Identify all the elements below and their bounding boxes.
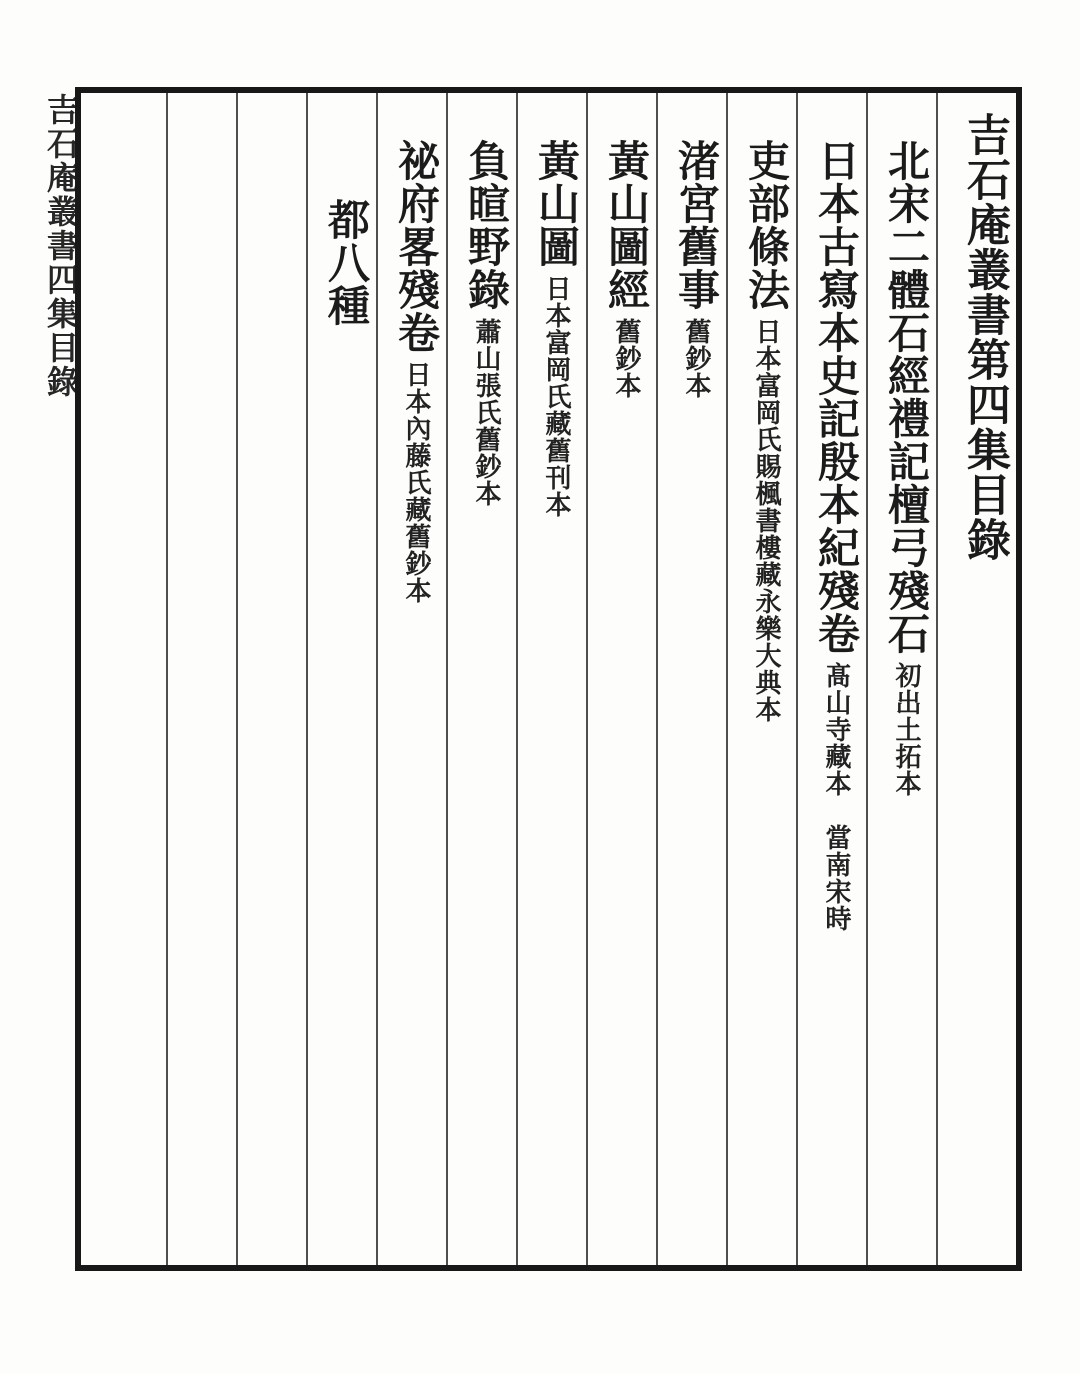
entry-note: 日本富岡氏賜楓書樓藏永樂大典本	[751, 318, 781, 723]
entry-title: 北宋二體石經禮記檀弓殘石	[882, 139, 931, 655]
toc-entry-column-6: 黃山圖日本富岡氏藏舊刊本	[516, 93, 586, 1265]
total-count-label: 都八種	[322, 198, 371, 327]
toc-entry-column-1: 北宋二體石經禮記檀弓殘石初出土拓本	[866, 93, 936, 1265]
entry-title: 吏部條法	[742, 139, 791, 311]
entry-title: 黃山圖	[532, 139, 581, 268]
toc-total-column: 都八種	[306, 93, 376, 1265]
entry-title: 黃山圖經	[602, 139, 651, 311]
scanned-page: 吉石庵叢書四集目錄 吉石庵叢書第四集目錄 北宋二體石經禮記檀弓殘石初出土拓本 日…	[0, 0, 1080, 1374]
toc-title: 吉石庵叢書第四集目錄	[959, 112, 1010, 562]
toc-header-column: 吉石庵叢書第四集目錄	[936, 93, 1016, 1265]
toc-entry-column-8: 祕府畧殘卷日本內藤氏藏舊鈔本	[376, 93, 446, 1265]
entry-note: 舊鈔本	[611, 318, 641, 399]
empty-column-3	[81, 93, 166, 1265]
toc-entry-column-3: 吏部條法日本富岡氏賜楓書樓藏永樂大典本	[726, 93, 796, 1265]
empty-column-2	[166, 93, 236, 1265]
entry-title: 負暄野錄	[462, 139, 511, 311]
entry-note: 髙山寺藏本 當南宋時	[821, 662, 851, 932]
toc-entry-column-5: 黃山圖經舊鈔本	[586, 93, 656, 1265]
entry-note: 日本內藤氏藏舊鈔本	[401, 361, 431, 604]
toc-entry-column-7: 負暄野錄蕭山張氏舊鈔本	[446, 93, 516, 1265]
toc-entry-column-2: 日本古寫本史記殷本紀殘卷髙山寺藏本 當南宋時	[796, 93, 866, 1265]
entry-title: 祕府畧殘卷	[392, 139, 441, 354]
entry-note: 舊鈔本	[681, 318, 711, 399]
entry-note: 蕭山張氏舊鈔本	[471, 318, 501, 507]
entry-note: 初出土拓本	[891, 662, 921, 797]
entry-note: 日本富岡氏藏舊刊本	[541, 275, 571, 518]
empty-column-1	[236, 93, 306, 1265]
entry-title: 渚宮舊事	[672, 139, 721, 311]
entry-title: 日本古寫本史記殷本紀殘卷	[812, 139, 861, 655]
toc-entry-column-4: 渚宮舊事舊鈔本	[656, 93, 726, 1265]
content-frame: 吉石庵叢書第四集目錄 北宋二體石經禮記檀弓殘石初出土拓本 日本古寫本史記殷本紀殘…	[75, 87, 1022, 1271]
